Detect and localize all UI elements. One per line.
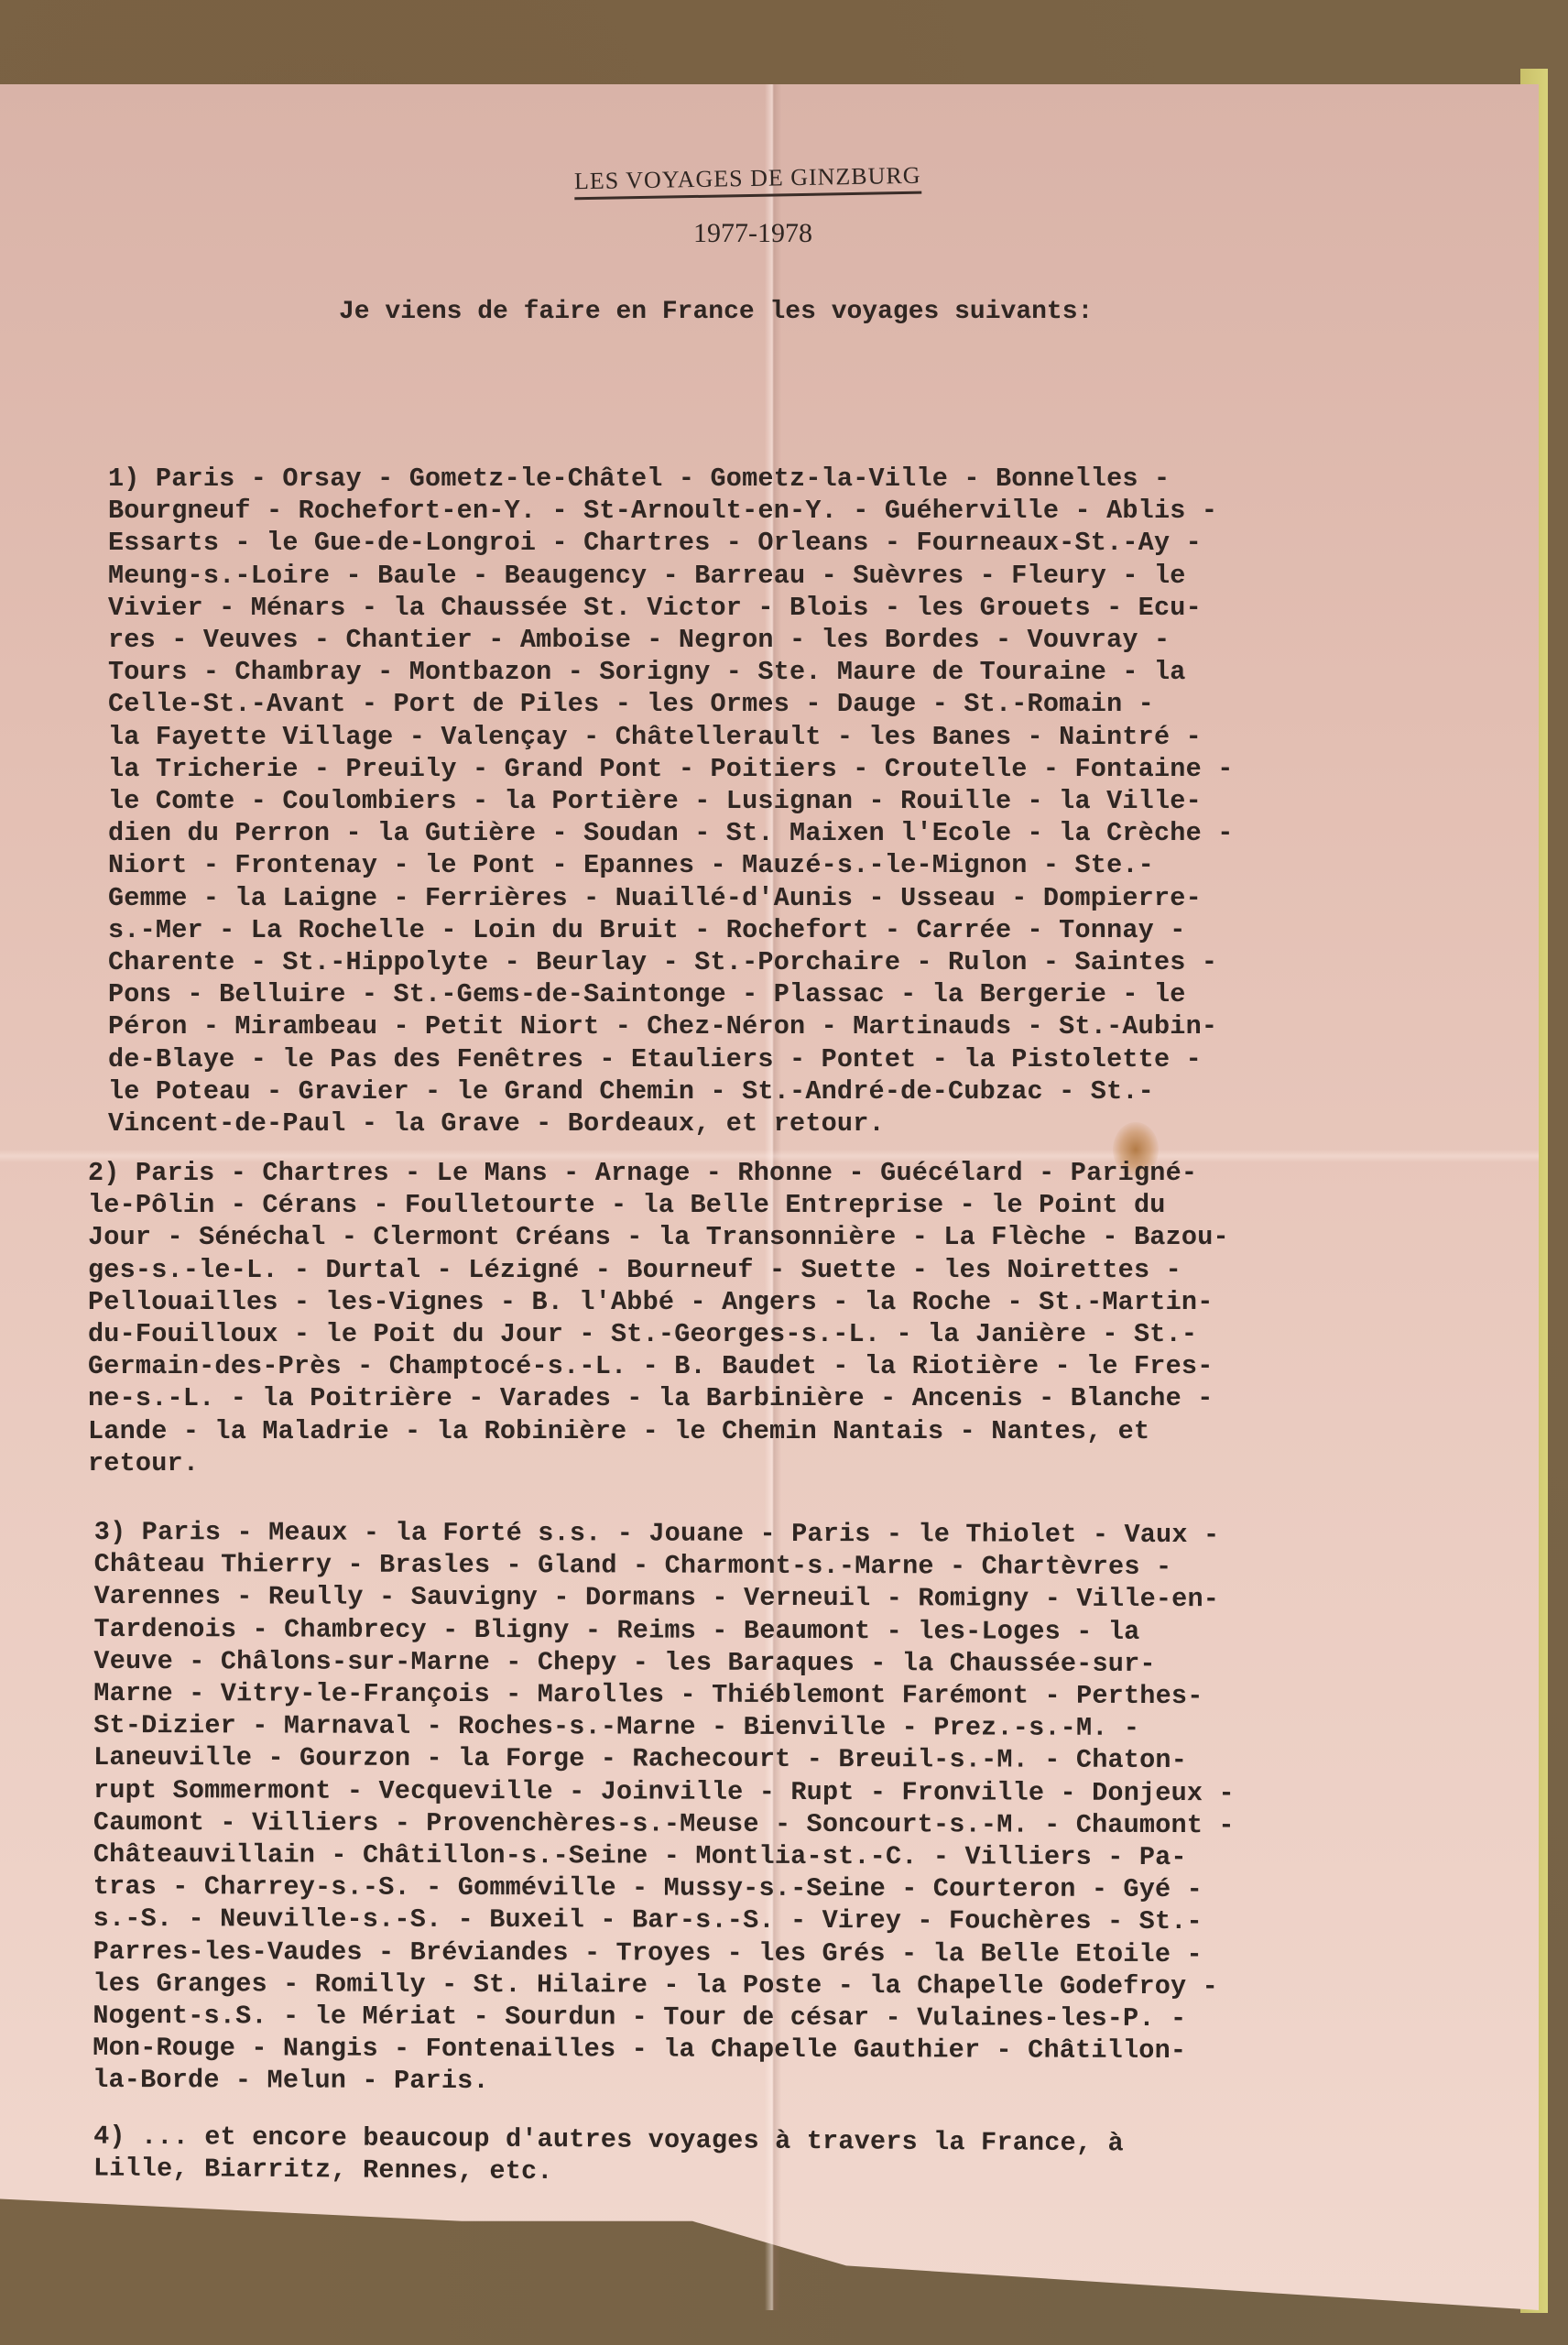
paragraph-line: s.-Mer - La Rochelle - Loin du Bruit - R… xyxy=(108,914,1537,946)
trip-paragraph-3: 3) Paris - Meaux - la Forté s.s. - Jouan… xyxy=(93,1516,1523,2100)
paragraph-line: ne-s.-L. - la Poitrière - Varades - la B… xyxy=(88,1382,1517,1414)
paragraph-line: Marne - Vitry-le-François - Marolles - T… xyxy=(93,1677,1522,1713)
paragraph-line: rupt Sommermont - Vecqueville - Joinvill… xyxy=(93,1774,1522,1810)
paragraph-line: de-Blaye - le Pas des Fenêtres - Etaulie… xyxy=(108,1043,1537,1075)
paragraph-line: Parres-les-Vaudes - Bréviandes - Troyes … xyxy=(93,1936,1522,1971)
paragraph-line: Tours - Chambray - Montbazon - Sorigny -… xyxy=(108,656,1537,688)
paragraph-line: St-Dizier - Marnaval - Roches-s.-Marne -… xyxy=(93,1709,1522,1745)
paragraph-line: Lande - la Maladrie - la Robinière - le … xyxy=(88,1415,1517,1447)
trip-paragraph-2: 2) Paris - Chartres - Le Mans - Arnage -… xyxy=(88,1157,1517,1479)
paragraph-line: Essarts - le Gue-de-Longroi - Chartres -… xyxy=(108,527,1537,559)
paragraph-line: tras - Charrey-s.-S. - Gomméville - Muss… xyxy=(93,1871,1522,1906)
paragraph-line: Pons - Belluire - St.-Gems-de-Saintonge … xyxy=(108,978,1537,1010)
paragraph-line: ges-s.-le-L. - Durtal - Lézigné - Bourne… xyxy=(88,1254,1517,1286)
paragraph-line: Varennes - Reully - Sauvigny - Dormans -… xyxy=(94,1580,1523,1616)
paragraph-line: Bourgneuf - Rochefort-en-Y. - St-Arnoult… xyxy=(108,495,1537,527)
paragraph-line: Tardenois - Chambrecy - Bligny - Reims -… xyxy=(93,1613,1522,1649)
paragraph-line: le Comte - Coulombiers - la Portière - L… xyxy=(108,785,1537,817)
paragraph-line: Mon-Rouge - Nangis - Fontenailles - la C… xyxy=(93,2032,1521,2067)
paragraph-line: Niort - Frontenay - le Pont - Epannes - … xyxy=(108,849,1537,881)
paragraph-line: Caumont - Villiers - Provenchères-s.-Meu… xyxy=(93,1806,1522,1842)
paragraph-line: la-Borde - Melun - Paris. xyxy=(93,2064,1521,2100)
paragraph-line: 2) Paris - Chartres - Le Mans - Arnage -… xyxy=(88,1157,1517,1189)
paragraph-line: la Tricherie - Preuily - Grand Pont - Po… xyxy=(108,753,1537,785)
trip-paragraph-1: 1) Paris - Orsay - Gometz-le-Châtel - Go… xyxy=(108,463,1537,1140)
paragraph-line: retour. xyxy=(88,1447,1517,1479)
paragraph-line: le-Pôlin - Cérans - Foulletourte - la Be… xyxy=(88,1189,1517,1221)
document-title: LES VOYAGES DE GINZBURG xyxy=(574,162,921,201)
paragraph-line: le Poteau - Gravier - le Grand Chemin - … xyxy=(108,1075,1537,1107)
paragraph-line: Meung-s.-Loire - Baule - Beaugency - Bar… xyxy=(108,560,1537,592)
paragraph-line: Germain-des-Près - Champtocé-s.-L. - B. … xyxy=(88,1350,1517,1382)
paragraph-line: s.-S. - Neuville-s.-S. - Buxeil - Bar-s.… xyxy=(93,1903,1522,1938)
paragraph-line: Pellouailles - les-Vignes - B. l'Abbé - … xyxy=(88,1286,1517,1318)
paragraph-line: res - Veuves - Chantier - Amboise - Negr… xyxy=(108,624,1537,656)
paragraph-line: Gemme - la Laigne - Ferrières - Nuaillé-… xyxy=(108,882,1537,914)
paragraph-line: Celle-St.-Avant - Port de Piles - les Or… xyxy=(108,688,1537,720)
paragraph-line: Veuve - Châlons-sur-Marne - Chepy - les … xyxy=(93,1645,1522,1681)
trip-paragraph-4: 4) ... et encore beaucoup d'autres voyag… xyxy=(93,2121,1522,2195)
paragraph-line: Château Thierry - Brasles - Gland - Char… xyxy=(94,1548,1523,1584)
paragraph-line: 3) Paris - Meaux - la Forté s.s. - Jouan… xyxy=(94,1516,1523,1552)
paragraph-line: Jour - Sénéchal - Clermont Créans - la T… xyxy=(88,1221,1517,1253)
paragraph-line: Péron - Mirambeau - Petit Niort - Chez-N… xyxy=(108,1010,1537,1042)
paragraph-line: dien du Perron - la Gutière - Soudan - S… xyxy=(108,817,1537,849)
paragraph-line: du-Fouilloux - le Poit du Jour - St.-Geo… xyxy=(88,1318,1517,1350)
document-years: 1977-1978 xyxy=(693,218,812,249)
paragraph-line: Vivier - Ménars - la Chaussée St. Victor… xyxy=(108,592,1537,624)
paragraph-line: Châteauvillain - Châtillon-s.-Seine - Mo… xyxy=(93,1838,1522,1874)
paragraph-line: les Granges - Romilly - St. Hilaire - la… xyxy=(93,1968,1521,2003)
paragraph-line: Charente - St.-Hippolyte - Beurlay - St.… xyxy=(108,946,1537,978)
paragraph-line: 1) Paris - Orsay - Gometz-le-Châtel - Go… xyxy=(108,463,1537,495)
paragraph-line: la Fayette Village - Valençay - Châtelle… xyxy=(108,721,1537,753)
intro-sentence: Je viens de faire en France les voyages … xyxy=(339,298,1093,326)
paragraph-line: Vincent-de-Paul - la Grave - Bordeaux, e… xyxy=(108,1107,1537,1140)
paragraph-line: Nogent-s.S. - le Mériat - Sourdun - Tour… xyxy=(93,2000,1521,2035)
paragraph-line: Laneuville - Gourzon - la Forge - Rachec… xyxy=(93,1741,1522,1777)
